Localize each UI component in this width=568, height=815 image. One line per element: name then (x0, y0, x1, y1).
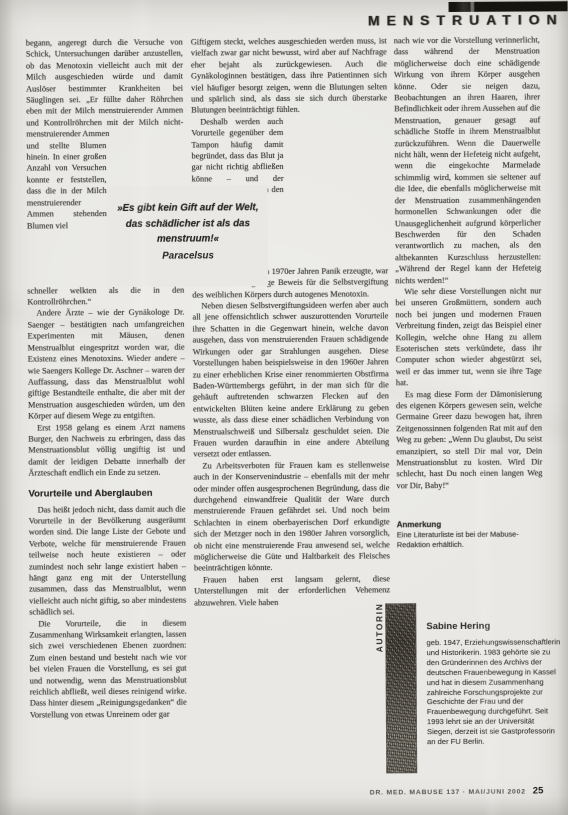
author-section-label: AUTORIN (374, 591, 384, 663)
paragraph: Erst 1958 gelang es einem Arzt namens Bu… (28, 421, 185, 479)
column-1: begann, angeregt durch die Versuche von … (26, 37, 187, 721)
column-3: nach wie vor die Vorstellung verinnerlic… (394, 34, 543, 550)
paragraph: Das heißt jedoch nicht, dass damit auch … (29, 503, 187, 618)
note-text: Eine Literaturliste ist bei der Mabuse-R… (397, 530, 543, 550)
paragraph: Wie sehr diese Vorstellungen nicht nur b… (395, 285, 542, 389)
pull-quote-text: »Es gibt kein Gift auf der Welt, das sch… (112, 200, 264, 247)
paragraph: Zu Arbeitsverboten für Frauen kam es ste… (193, 459, 390, 574)
paragraph: nach wie vor die Vorstellung verinnerlic… (394, 34, 542, 286)
paragraph-beside-quote: und stellte Blumen hinein. In einer groß… (26, 140, 107, 285)
column-2: Giftigem steckt, welches ausgeschieden w… (191, 35, 390, 608)
author-name: Sabine Hering (426, 621, 490, 632)
subheading: Vorurteile und Aberglauben (28, 487, 185, 500)
magazine-page: MENSTRUATION begann, angeregt durch die … (0, 0, 568, 815)
paragraph: Giftigem steckt, welches ausgeschieden w… (191, 35, 387, 116)
scanned-content: MENSTRUATION begann, angeregt durch die … (0, 0, 568, 815)
paragraph: Die Vorurteile, die in diesem Zusammenha… (29, 617, 187, 721)
pull-quote-attribution: Paracelsus (112, 248, 264, 264)
page-number: 25 (533, 785, 544, 796)
paragraph: Frauen haben erst langsam gelernt, diese… (194, 573, 390, 608)
section-title: MENSTRUATION (368, 11, 564, 28)
page-footer: DR. MED. MABUSE 137 · MAI/JUNI 200225 (370, 780, 544, 799)
pull-quote: »Es gibt kein Gift auf der Welt, das sch… (108, 185, 269, 287)
journal-line: DR. MED. MABUSE 137 · MAI/JUNI 2002 (370, 789, 526, 797)
note-block: Anmerkung Eine Literaturliste ist bei de… (397, 519, 543, 550)
paragraph: Andere Ärzte – wie der Gynäkologe Dr. Sa… (27, 307, 185, 422)
author-photo (385, 603, 417, 773)
paragraph: Es mag diese Form der Dämonisierung des … (396, 388, 543, 492)
note-heading: Anmerkung (397, 519, 543, 531)
paragraph: schneller welkten als die in den Kontrol… (27, 284, 184, 308)
paragraph: begann, angeregt durch die Versuche von … (26, 37, 184, 141)
paragraph: Neben diesen Selbstvergiftungsideen werf… (192, 299, 389, 460)
author-bio: geb. 1947, Erziehungswissenschaftlerin u… (426, 637, 561, 747)
